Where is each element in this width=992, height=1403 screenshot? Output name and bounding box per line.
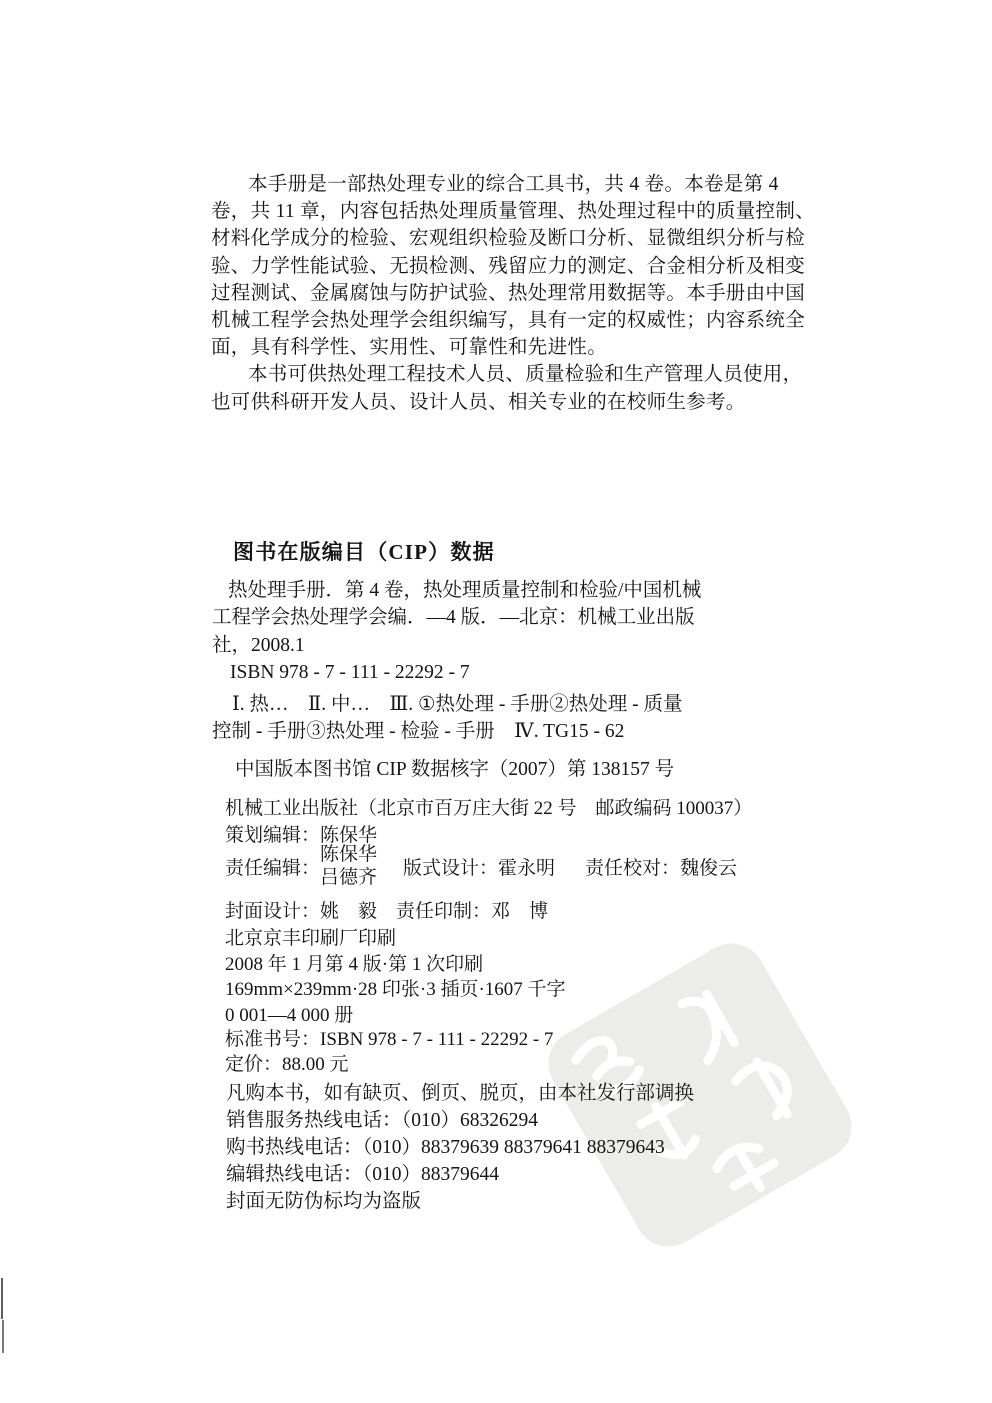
scan-edge-artifact — [2, 1320, 4, 1353]
format-line: 169mm×239mm·28 印张·3 插页·1607 千字 — [225, 974, 566, 1001]
edition-line: 2008 年 1 月第 4 版·第 1 次印刷 — [225, 949, 483, 976]
summary-line: 本书可供热处理工程技术人员、质量检验和生产管理人员使用， — [211, 361, 786, 388]
cip-classification-line: Ⅰ. 热… Ⅱ. 中… Ⅲ. ①热处理 - 手册②热处理 - 质量 — [232, 691, 682, 718]
sales-hotline-line: 销售服务热线电话：（010）68326294 — [226, 1104, 538, 1132]
print-run-line: 0 001—4 000 册 — [225, 1000, 353, 1027]
responsible-editor-label: 责任编辑： — [225, 853, 320, 880]
cip-description-line: 热处理手册．第 4 卷，热处理质量控制和检验/中国机械 — [228, 577, 701, 604]
exchange-notice-line: 凡购本书，如有缺页、倒页、脱页，由本社发行部调换 — [226, 1077, 694, 1105]
responsible-editor-row: 责任编辑： 陈保华 吕德齐 版式设计：霍永明 责任校对：魏俊云 — [225, 843, 737, 889]
cip-description-line: 工程学会热处理学会编．—4 版．—北京：机械工业出版 — [212, 604, 701, 631]
cip-classification-line: 控制 - 手册③热处理 - 检验 - 手册 Ⅳ. TG15 - 62 — [212, 718, 682, 745]
anti-counterfeit-line: 封面无防伪标均为盗版 — [226, 1185, 421, 1213]
cip-heading: 图书在版编目（CIP）数据 — [233, 536, 495, 566]
summary-line: 也可供科研开发人员、设计人员、相关专业的在校师生参考。 — [211, 389, 786, 416]
summary-line: 材料化学成分的检验、宏观组织检验及断口分析、显微组织分析与检 — [211, 225, 786, 252]
price-line: 定价：88.00 元 — [225, 1049, 349, 1076]
editorial-hotline-line: 编辑热线电话：（010）88379644 — [226, 1158, 499, 1186]
cip-classification: Ⅰ. 热… Ⅱ. 中… Ⅲ. ①热处理 - 手册②热处理 - 质量 控制 - 手… — [212, 691, 682, 746]
book-summary: 本手册是一部热处理专业的综合工具书，共 4 卷。本卷是第 4 卷，共 11 章，… — [211, 171, 786, 416]
copyright-page: 本手册是一部热处理专业的综合工具书，共 4 卷。本卷是第 4 卷，共 11 章，… — [0, 0, 992, 1403]
layout-designer-label: 版式设计：霍永明 — [403, 853, 555, 880]
isbn-line: ISBN 978 - 7 - 111 - 22292 - 7 — [230, 659, 701, 686]
proofreader-label: 责任校对：魏俊云 — [585, 853, 737, 880]
summary-line: 过程测试、金属腐蚀与防护试验、热处理常用数据等。本手册由中国 — [211, 280, 786, 307]
summary-line: 验、力学性能试验、无损检测、残留应力的测定、合金相分析及相变 — [211, 253, 786, 280]
printer-line: 北京京丰印刷厂印刷 — [225, 923, 396, 950]
purchase-hotline-line: 购书热线电话：（010）88379639 88379641 88379643 — [226, 1131, 665, 1159]
standard-isbn-line: 标准书号：ISBN 978 - 7 - 111 - 22292 - 7 — [225, 1024, 553, 1051]
cip-description-line: 社，2008.1 — [212, 632, 701, 659]
responsible-editor-name: 吕德齐 — [320, 866, 377, 889]
summary-line: 本手册是一部热处理专业的综合工具书，共 4 卷。本卷是第 4 — [211, 171, 786, 198]
summary-line: 卷，共 11 章，内容包括热处理质量管理、热处理过程中的质量控制、 — [211, 198, 786, 225]
cip-record-note: 中国版本图书馆 CIP 数据核字（2007）第 138157 号 — [235, 753, 674, 781]
responsible-editor-names: 陈保华 吕德齐 — [320, 843, 377, 889]
publisher-address-line: 机械工业出版社（北京市百万庄大街 22 号 邮政编码 100037） — [225, 793, 752, 820]
cip-description: 热处理手册．第 4 卷，热处理质量控制和检验/中国机械 工程学会热处理学会编．—… — [212, 577, 701, 686]
summary-line: 机械工程学会热处理学会组织编写，具有一定的权威性；内容系统全 — [211, 307, 786, 334]
summary-line: 面，具有科学性、实用性、可靠性和先进性。 — [211, 334, 786, 361]
scan-edge-artifact — [1, 1278, 3, 1319]
responsible-editor-name: 陈保华 — [320, 843, 377, 866]
cover-design-print-line: 封面设计：姚 毅 责任印制：邓 博 — [225, 896, 548, 923]
